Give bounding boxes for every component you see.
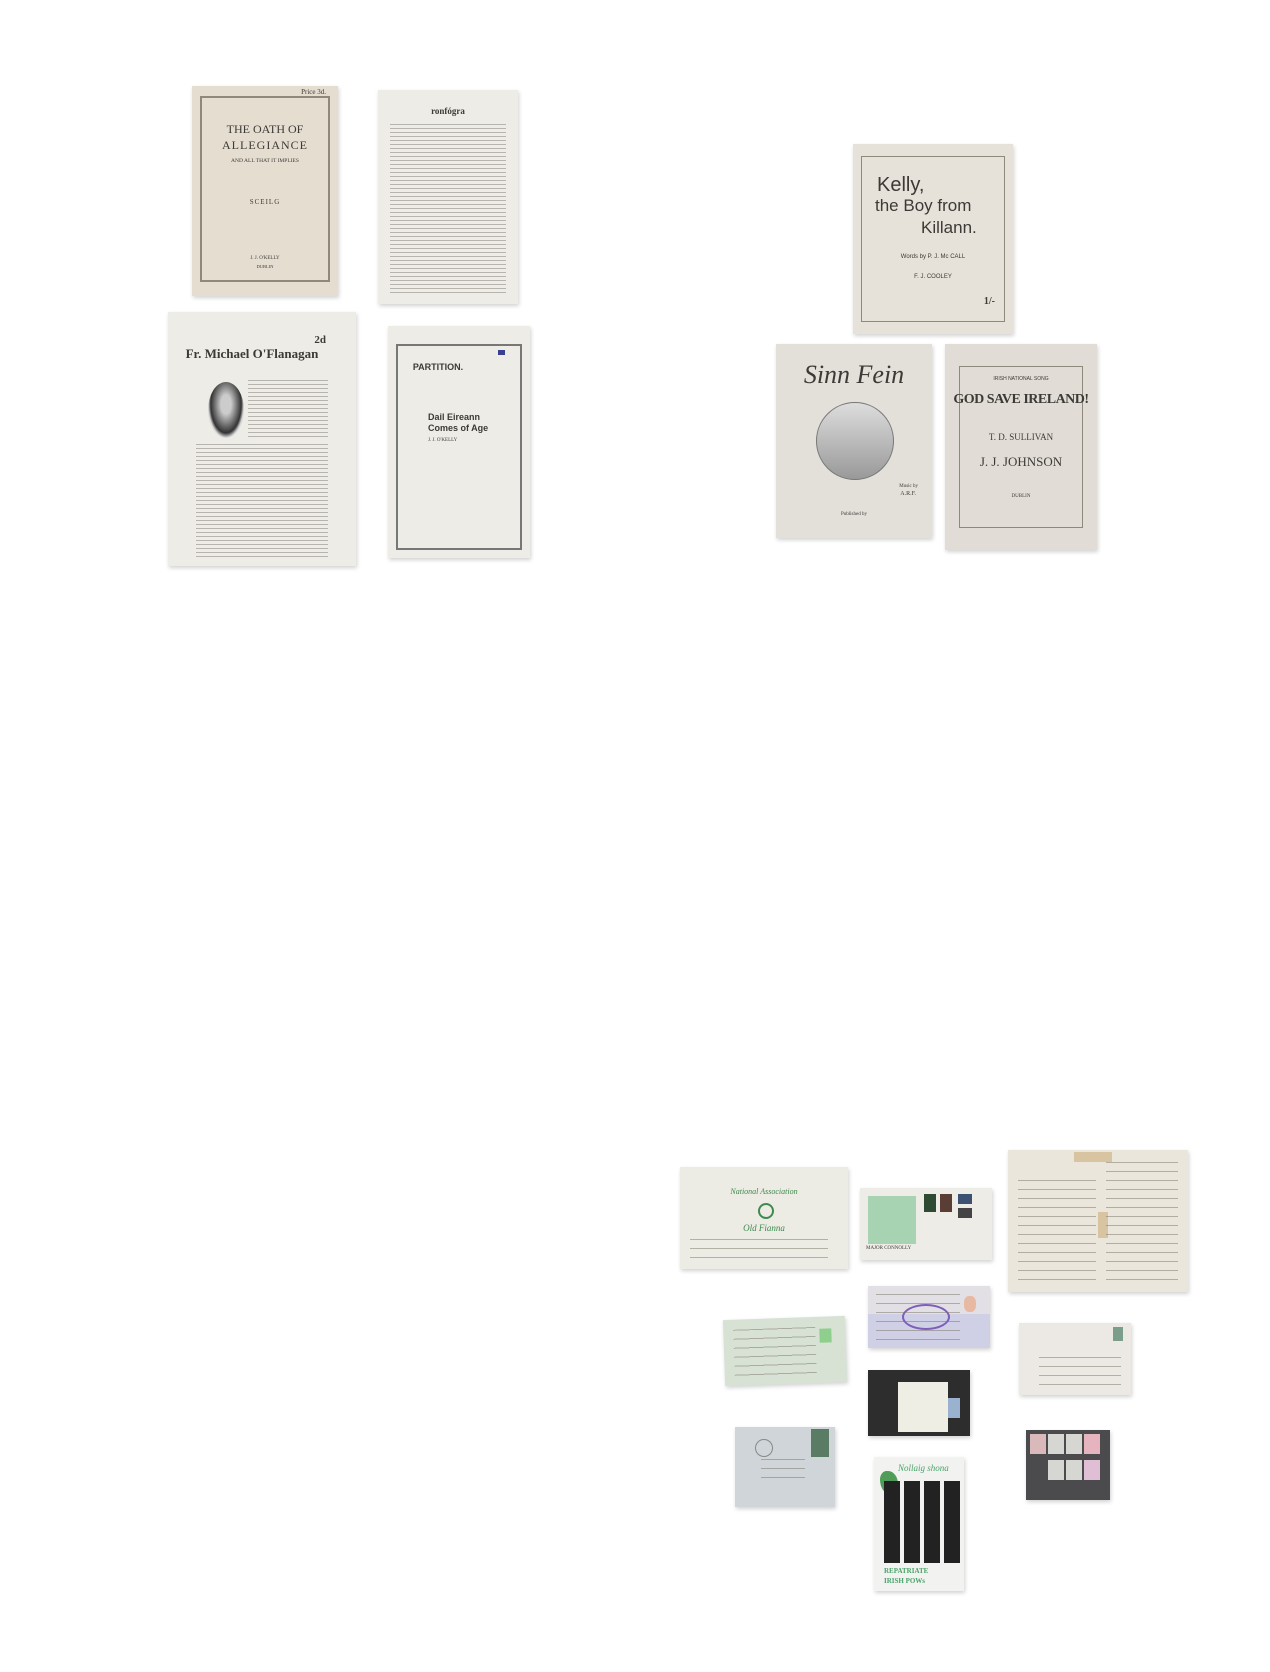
partition-heading: PARTITION. <box>388 362 530 372</box>
music-by: Music by <box>776 484 918 489</box>
stamp-2 <box>940 1194 952 1212</box>
postmark <box>755 1439 773 1457</box>
line1: National Association <box>680 1187 848 1196</box>
words-by: Words by P. J. Mc CALL <box>853 254 1013 260</box>
green-portrait <box>868 1196 916 1244</box>
oath-of-allegiance-pamphlet: Price 3d. THE OATH OF ALLEGIANCE AND ALL… <box>192 86 338 296</box>
title: Fr. Michael O'Flanagan <box>168 346 336 362</box>
stamp-grey-3 <box>1048 1460 1064 1480</box>
arranged-by: F. J. COOLEY <box>853 274 1013 280</box>
envelope-stamp <box>811 1429 829 1457</box>
kelly-boy-from-killann-sheet: Kelly, the Boy from Killann. Words by P.… <box>853 144 1013 334</box>
postcard-stamp <box>1113 1327 1123 1341</box>
foreword-leaflet: ronfógra <box>378 90 518 304</box>
foreword-title: ronfógra <box>378 106 518 116</box>
sinn-fein-sheet: Sinn Fein Music by A.R.F. Published by <box>776 344 932 538</box>
airmail-envelope <box>735 1427 835 1507</box>
title-line2: Comes of Age <box>428 423 530 433</box>
city: DUBLIN <box>945 494 1097 499</box>
subtitle: AND ALL THAT IT IMPLIES <box>192 158 338 164</box>
portrait-photo <box>208 382 244 438</box>
title-line1: Dail Eireann <box>428 412 530 422</box>
title: GOD SAVE IRELAND! <box>945 392 1097 408</box>
christmas-card: Nollaig shona REPATRIATE IRISH POWs <box>874 1457 964 1591</box>
partition-pamphlet: PARTITION. Dail Eireann Comes of Age J. … <box>388 326 530 558</box>
label-card <box>898 1382 948 1432</box>
embossed-stamp <box>964 1296 976 1312</box>
stamp-grey-2 <box>1066 1434 1082 1454</box>
stamp-grey-1 <box>1048 1434 1064 1454</box>
tape-1 <box>1074 1152 1112 1162</box>
stamp-block-card <box>1026 1430 1110 1500</box>
slogan-line1: REPATRIATE <box>884 1567 964 1575</box>
cheque-bundle <box>723 1316 847 1386</box>
title-line1: Kelly, <box>877 174 1013 197</box>
publisher: J. J. O'KELLY <box>192 256 338 261</box>
emblem-icon <box>758 1203 774 1219</box>
stamp-pink-3 <box>1084 1460 1100 1480</box>
price: 1/- <box>853 296 995 307</box>
title-line3: Killann. <box>921 218 1013 238</box>
stamp-pink-1 <box>1030 1434 1046 1454</box>
series: IRISH NATIONAL SONG <box>945 376 1097 382</box>
price: Price 3d. <box>192 88 326 96</box>
blue-mark <box>498 350 505 355</box>
caption: MAJOR CONNOLLY <box>866 1246 992 1251</box>
slogan-line2: IRISH POWs <box>884 1577 964 1585</box>
author: J. J. O'KELLY <box>428 438 530 443</box>
cheque <box>868 1286 990 1348</box>
city: DUBLIN <box>192 264 338 269</box>
fianna-card: National Association Old Fianna <box>680 1167 848 1269</box>
title-line1: THE OATH OF <box>192 122 338 137</box>
stamp-1 <box>924 1194 936 1212</box>
stamp-4 <box>958 1208 972 1218</box>
first-day-cover: MAJOR CONNOLLY <box>860 1188 992 1260</box>
title-line2: the Boy from <box>875 196 1013 216</box>
line2: Old Fianna <box>680 1223 848 1233</box>
greeting: Nollaig shona <box>898 1463 964 1473</box>
stamp-pink-2 <box>1084 1434 1100 1454</box>
lyricist: T. D. SULLIVAN <box>945 432 1097 442</box>
title: Sinn Fein <box>776 360 932 390</box>
addressed-postcard <box>1019 1323 1131 1395</box>
prisoner-illustration <box>884 1481 960 1563</box>
blue-stamp <box>948 1398 960 1418</box>
handwritten-letter <box>1008 1150 1188 1292</box>
title-line2: ALLEGIANCE <box>192 138 338 153</box>
green-stamp <box>819 1328 831 1342</box>
price: 2d <box>168 334 326 346</box>
stamp-3 <box>958 1194 972 1204</box>
landscape-vignette <box>816 402 894 480</box>
composer: A.R.F. <box>776 491 916 497</box>
stamp-grey-4 <box>1066 1460 1082 1480</box>
published-by: Published by <box>776 512 932 517</box>
oflanagan-pamphlet: 2d Fr. Michael O'Flanagan <box>168 312 356 566</box>
stamp-stockcard <box>868 1370 970 1436</box>
composer: J. J. JOHNSON <box>945 454 1097 470</box>
author: SCEILG <box>192 198 338 206</box>
god-save-ireland-sheet: IRISH NATIONAL SONG GOD SAVE IRELAND! T.… <box>945 344 1097 550</box>
